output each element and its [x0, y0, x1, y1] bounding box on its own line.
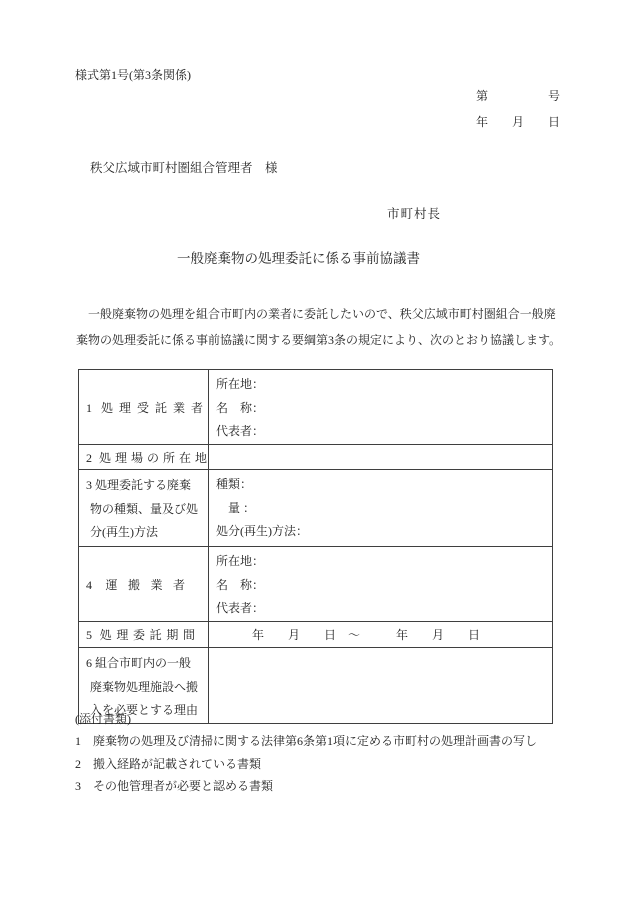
row2-label: 2 処理場の所在地 — [86, 449, 207, 466]
row2-content-cell — [209, 445, 553, 470]
attachments-section: (添付書類) 1 廃棄物の処理及び清掃に関する法律第6条第1項に定める市町村の処… — [75, 708, 537, 798]
row5-label-cell: 5 処理委託期間 — [79, 622, 209, 648]
row3-label-line: 3 処理委託する廃棄 — [86, 474, 208, 498]
row5-label: 5 処理委託期間 — [86, 626, 195, 643]
row3-content-line: 量 ： — [216, 497, 552, 521]
row3-label-line: 物の種類、量及び処 — [90, 498, 208, 522]
row6-label-line: 廃棄物処理施設へ搬 — [90, 676, 208, 700]
row3-label-line: 分(再生)方法 — [90, 521, 208, 545]
row1-label-cell: 1 処理受託業者 — [79, 370, 209, 445]
row1-label: 1 処理受託業者 — [86, 399, 203, 416]
date-line: 年 月 日 — [476, 114, 560, 130]
attachment-item: 1 廃棄物の処理及び清掃に関する法律第6条第1項に定める市町村の処理計画書の写し — [75, 730, 537, 752]
row1-content-line: 所在地： — [216, 373, 552, 397]
table-row: 3 処理委託する廃棄 物の種類、量及び処 分(再生)方法 種類： 量 ： 処分(… — [79, 470, 553, 547]
row1-content-line: 代表者： — [216, 420, 552, 444]
sender-line: 市町村長 — [387, 206, 441, 222]
row3-content-line: 処分(再生)方法： — [216, 520, 552, 544]
row4-content-line: 代表者： — [216, 597, 552, 621]
row4-label: 4 運搬業者 — [86, 576, 185, 593]
addressee-line: 秩父広域市町村圏組合管理者 様 — [90, 160, 278, 176]
table-row: 5 処理委託期間 年 月 日 ～ 年 月 日 — [79, 622, 553, 648]
row2-label-cell: 2 処理場の所在地 — [79, 445, 209, 470]
attachment-item: 2 搬入経路が記載されている書類 — [75, 753, 537, 775]
consultation-table: 1 処理受託業者 所在地： 名 称： 代表者： 2 処理場の所在地 3 処理委託… — [78, 369, 553, 724]
document-title: 一般廃棄物の処理委託に係る事前協議書 — [76, 247, 557, 267]
row6-label-line: 6 組合市町内の一般 — [86, 652, 208, 676]
document-page: 様式第1号(第3条関係) 第 号 年 月 日 秩父広域市町村圏組合管理者 様 市… — [0, 0, 630, 903]
row3-content-line: 種類： — [216, 473, 552, 497]
table-row: 2 処理場の所在地 — [79, 445, 553, 470]
row5-content-cell: 年 月 日 ～ 年 月 日 — [209, 622, 553, 648]
row4-label-cell: 4 運搬業者 — [79, 547, 209, 622]
form-number-label: 様式第1号(第3条関係) — [75, 67, 191, 83]
row3-label-cell: 3 処理委託する廃棄 物の種類、量及び処 分(再生)方法 — [79, 470, 209, 547]
row3-content-cell: 種類： 量 ： 処分(再生)方法： — [209, 470, 553, 547]
table-row: 4 運搬業者 所在地： 名 称： 代表者： — [79, 547, 553, 622]
attachments-heading: (添付書類) — [75, 708, 537, 730]
body-line-1: 一般廃棄物の処理を組合市町内の業者に委託したいので、秩父広域市町村圏組合一般廃 — [76, 301, 568, 327]
row4-content-line: 名 称： — [216, 574, 552, 598]
row4-content-cell: 所在地： 名 称： 代表者： — [209, 547, 553, 622]
row1-content-line: 名 称： — [216, 397, 552, 421]
body-paragraph: 一般廃棄物の処理を組合市町内の業者に委託したいので、秩父広域市町村圏組合一般廃 … — [76, 301, 568, 353]
row1-content-cell: 所在地： 名 称： 代表者： — [209, 370, 553, 445]
document-number-line: 第 号 — [476, 88, 560, 104]
body-line-2: 棄物の処理委託に係る事前協議に関する要綱第3条の規定により、次のとおり協議します… — [76, 327, 568, 353]
row4-content-line: 所在地： — [216, 550, 552, 574]
row5-content-line: 年 月 日 ～ 年 月 日 — [216, 626, 552, 643]
table-row: 1 処理受託業者 所在地： 名 称： 代表者： — [79, 370, 553, 445]
attachment-item: 3 その他管理者が必要と認める書類 — [75, 775, 537, 797]
